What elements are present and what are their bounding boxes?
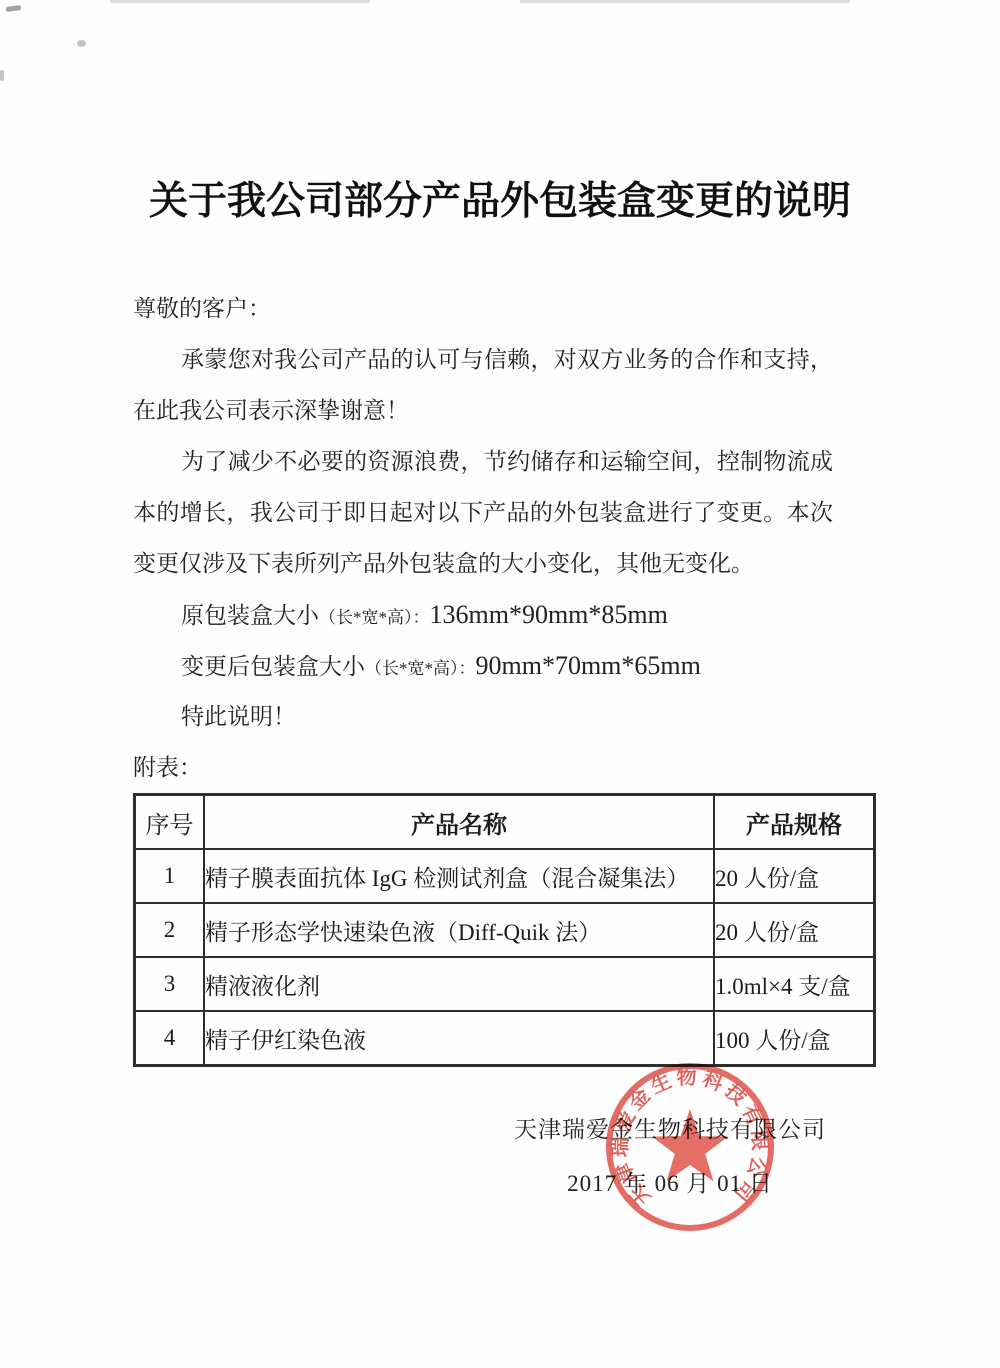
- cell-spec: 1.0ml×4 支/盒: [714, 957, 875, 1011]
- star-icon: [652, 1109, 728, 1181]
- size-line-new: 变更后包装盒大小（长*宽*高）：90mm*70mm*65mm: [133, 640, 833, 691]
- body-line: 变更仅涉及下表所列产品外包装盒的大小变化，其他无变化。: [133, 538, 833, 589]
- size-new-paren: （长*宽*高）：: [365, 659, 476, 678]
- cell-no: 2: [135, 903, 205, 957]
- size-line-original: 原包装盒大小（长*宽*高）：136mm*90mm*85mm: [133, 589, 833, 640]
- header-cell-name: 产品名称: [204, 795, 714, 850]
- cell-name: 精液液化剂: [204, 957, 714, 1011]
- attachment-label: 附表：: [133, 742, 833, 793]
- table-row: 2 精子形态学快速染色液（Diff-Quik 法） 20 人份/盒: [135, 903, 875, 957]
- table-header-row: 序号 产品名称 产品规格: [135, 795, 875, 850]
- scan-speck: [0, 70, 4, 81]
- size-new-value: 90mm*70mm*65mm: [476, 651, 701, 680]
- scan-speck: [6, 5, 22, 12]
- cell-spec: 20 人份/盒: [714, 849, 875, 903]
- body-line: 为了减少不必要的资源浪费，节约储存和运输空间，控制物流成: [133, 436, 833, 487]
- header-cell-spec: 产品规格: [714, 795, 875, 850]
- size-original-paren: （长*宽*高）：: [319, 608, 430, 627]
- cell-no: 1: [135, 849, 205, 903]
- size-new-label: 变更后包装盒大小: [181, 654, 365, 679]
- cell-no: 4: [135, 1011, 205, 1066]
- body-line: 在此我公司表示深挚谢意！: [133, 385, 833, 436]
- cell-no: 3: [135, 957, 205, 1011]
- cell-spec: 20 人份/盒: [714, 903, 875, 957]
- scan-edge-artifact: [520, 0, 850, 3]
- product-spec-table: 序号 产品名称 产品规格 1 精子膜表面抗体 IgG 检测试剂盒（混合凝集法） …: [133, 793, 876, 1067]
- page-title: 关于我公司部分产品外包装盒变更的说明: [0, 172, 1000, 232]
- size-original-label: 原包装盒大小: [181, 603, 319, 628]
- cell-name: 精子形态学快速染色液（Diff-Quik 法）: [204, 903, 714, 957]
- body-line: 承蒙您对我公司产品的认可与信赖，对双方业务的合作和支持，: [133, 334, 833, 385]
- salutation: 尊敬的客户：: [133, 283, 833, 334]
- cell-name: 精子膜表面抗体 IgG 检测试剂盒（混合凝集法）: [204, 849, 714, 903]
- company-seal: 天津瑞爱金生物科技有限公司: [600, 1057, 780, 1237]
- scan-edge-artifact: [110, 0, 370, 3]
- table-row: 1 精子膜表面抗体 IgG 检测试剂盒（混合凝集法） 20 人份/盒: [135, 849, 875, 903]
- size-original-value: 136mm*90mm*85mm: [430, 600, 668, 629]
- document-body: 尊敬的客户： 承蒙您对我公司产品的认可与信赖，对双方业务的合作和支持， 在此我公…: [133, 283, 833, 793]
- scanned-document-page: 关于我公司部分产品外包装盒变更的说明 尊敬的客户： 承蒙您对我公司产品的认可与信…: [0, 0, 1000, 1368]
- header-cell-no: 序号: [135, 795, 205, 850]
- body-line: 本的增长，我公司于即日起对以下产品的外包装盒进行了变更。本次: [133, 487, 833, 538]
- table-row: 3 精液液化剂 1.0ml×4 支/盒: [135, 957, 875, 1011]
- note-line: 特此说明！: [133, 691, 833, 742]
- scan-speck: [77, 40, 86, 47]
